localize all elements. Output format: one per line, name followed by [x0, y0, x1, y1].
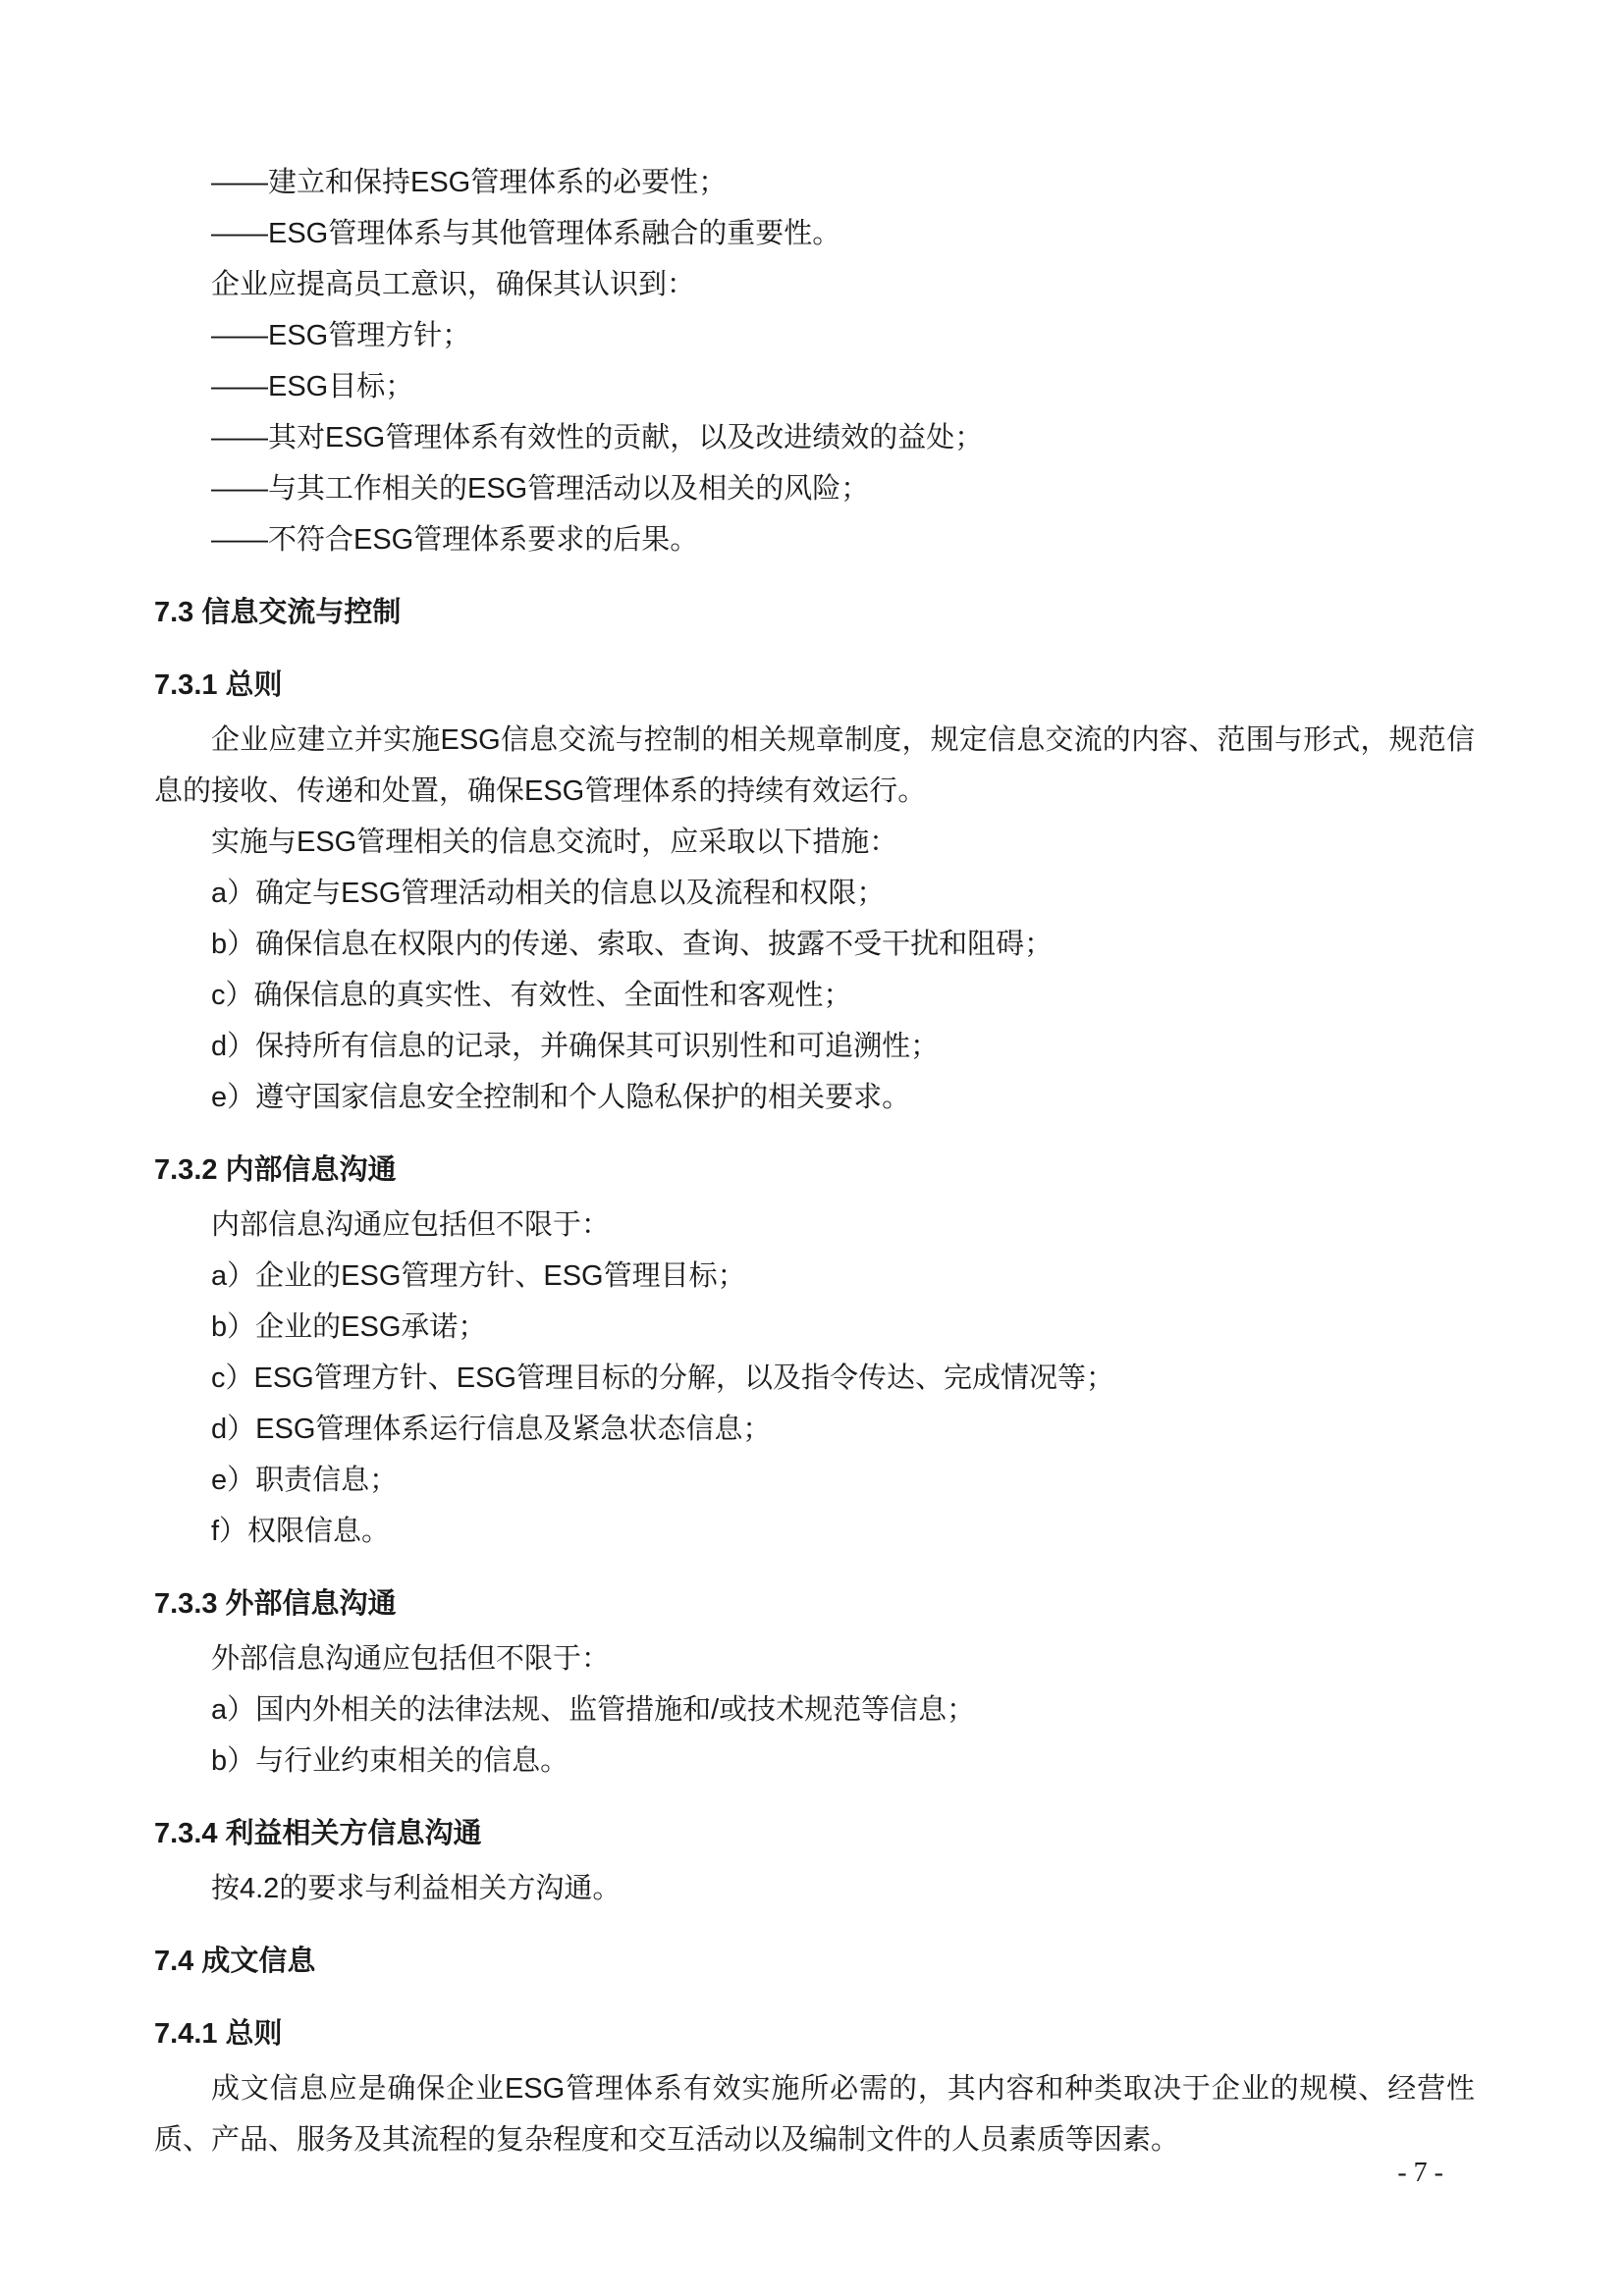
dash-list-item: ——ESG管理体系与其他管理体系融合的重要性。: [154, 208, 1475, 259]
section-heading-7-3-1: 7.3.1 总则: [154, 660, 1475, 711]
lettered-list-item: a）确定与ESG管理活动相关的信息以及流程和权限；: [154, 868, 1475, 919]
section-heading-7-3-2: 7.3.2 内部信息沟通: [154, 1145, 1475, 1196]
section-heading-7-4-1: 7.4.1 总则: [154, 2008, 1475, 2059]
page-number: - 7 -: [1397, 2154, 1443, 2193]
section-heading-7-3-4: 7.3.4 利益相关方信息沟通: [154, 1808, 1475, 1859]
paragraph: 外部信息沟通应包括但不限于：: [154, 1633, 1475, 1684]
lettered-list-item: c）确保信息的真实性、有效性、全面性和客观性；: [154, 970, 1475, 1021]
lettered-list-item: a）企业的ESG管理方针、ESG管理目标；: [154, 1251, 1475, 1302]
section-heading-7-3-3: 7.3.3 外部信息沟通: [154, 1578, 1475, 1629]
lettered-list-item: b）与行业约束相关的信息。: [154, 1735, 1475, 1787]
lettered-list-item: d）保持所有信息的记录，并确保其可识别性和可追溯性；: [154, 1021, 1475, 1072]
lettered-list-item: c）ESG管理方针、ESG管理目标的分解，以及指令传达、完成情况等；: [154, 1353, 1475, 1404]
paragraph: 企业应建立并实施ESG信息交流与控制的相关规章制度，规定信息交流的内容、范围与形…: [154, 715, 1475, 817]
dash-list-item: ——与其工作相关的ESG管理活动以及相关的风险；: [154, 463, 1475, 514]
paragraph: 企业应提高员工意识，确保其认识到：: [154, 259, 1475, 310]
dash-list-item: ——不符合ESG管理体系要求的后果。: [154, 514, 1475, 565]
document-body: ——建立和保持ESG管理体系的必要性； ——ESG管理体系与其他管理体系融合的重…: [154, 157, 1475, 2165]
dash-list-item: ——其对ESG管理体系有效性的贡献，以及改进绩效的益处；: [154, 412, 1475, 463]
dash-list-item: ——ESG管理方针；: [154, 310, 1475, 361]
paragraph: 按4.2的要求与利益相关方沟通。: [154, 1863, 1475, 1914]
dash-list-item: ——ESG目标；: [154, 361, 1475, 412]
section-heading-7-3: 7.3 信息交流与控制: [154, 587, 1475, 638]
lettered-list-item: e）职责信息；: [154, 1455, 1475, 1506]
lettered-list-item: b）企业的ESG承诺；: [154, 1302, 1475, 1353]
paragraph: 成文信息应是确保企业ESG管理体系有效实施所必需的，其内容和种类取决于企业的规模…: [154, 2063, 1475, 2165]
lettered-list-item: a）国内外相关的法律法规、监管措施和/或技术规范等信息；: [154, 1684, 1475, 1735]
document-page: ——建立和保持ESG管理体系的必要性； ——ESG管理体系与其他管理体系融合的重…: [0, 0, 1624, 2296]
paragraph: 实施与ESG管理相关的信息交流时，应采取以下措施：: [154, 817, 1475, 868]
section-heading-7-4: 7.4 成文信息: [154, 1936, 1475, 1987]
dash-list-item: ——建立和保持ESG管理体系的必要性；: [154, 157, 1475, 208]
lettered-list-item: e）遵守国家信息安全控制和个人隐私保护的相关要求。: [154, 1072, 1475, 1123]
lettered-list-item: d）ESG管理体系运行信息及紧急状态信息；: [154, 1404, 1475, 1455]
paragraph: 内部信息沟通应包括但不限于：: [154, 1200, 1475, 1251]
lettered-list-item: f）权限信息。: [154, 1506, 1475, 1557]
lettered-list-item: b）确保信息在权限内的传递、索取、查询、披露不受干扰和阻碍；: [154, 919, 1475, 970]
